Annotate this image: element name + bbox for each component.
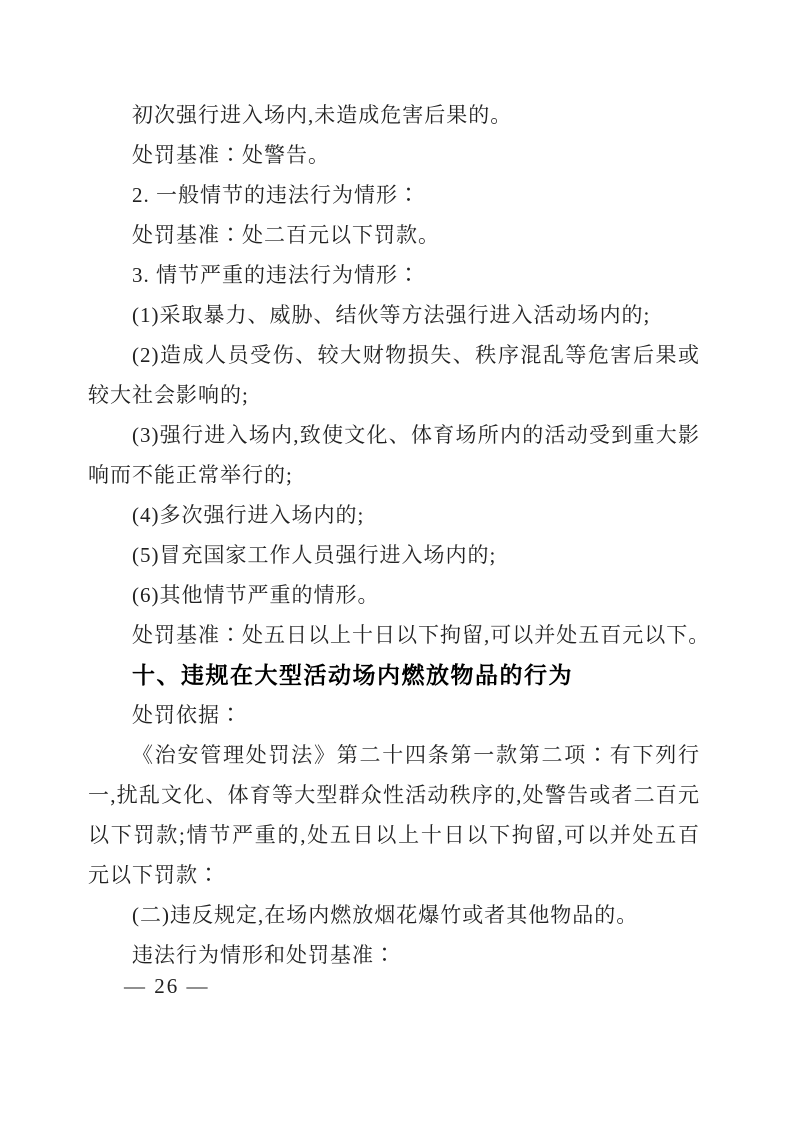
text-line-subitem-6: (6)其他情节严重的情形。 bbox=[88, 575, 700, 615]
text-line-law-citation: 《治安管理处罚法》第二十四条第一款第二项∶有下列行为之 bbox=[88, 735, 700, 775]
text-line: 元以下罚款∶ bbox=[88, 855, 700, 895]
text-line: 处罚基准∶处警告。 bbox=[88, 135, 700, 175]
text-line: 一,扰乱文化、体育等大型群众性活动秩序的,处警告或者二百元 bbox=[88, 775, 700, 815]
text-line-subitem-4: (4)多次强行进入场内的; bbox=[88, 495, 700, 535]
text-line: 处罚依据∶ bbox=[88, 695, 700, 735]
section-heading-10: 十、违规在大型活动场内燃放物品的行为 bbox=[88, 655, 700, 695]
text-line: 处罚基准∶处五日以上十日以下拘留,可以并处五百元以下。 bbox=[88, 615, 700, 655]
page-number: — 26 — bbox=[124, 966, 210, 1006]
text-line-subitem-3: (3)强行进入场内,致使文化、体育场所内的活动受到重大影 bbox=[88, 415, 700, 455]
text-line: 处罚基准∶处二百元以下罚款。 bbox=[88, 215, 700, 255]
document-body: 初次强行进入场内,未造成危害后果的。 处罚基准∶处警告。 2. 一般情节的违法行… bbox=[88, 95, 700, 975]
text-line-subitem-2: (2)造成人员受伤、较大财物损失、秩序混乱等危害后果或者 bbox=[88, 335, 700, 375]
text-line-item-2: (二)违反规定,在场内燃放烟花爆竹或者其他物品的。 bbox=[88, 895, 700, 935]
text-line-numbered-item-2: 2. 一般情节的违法行为情形∶ bbox=[88, 175, 700, 215]
text-line: 较大社会影响的; bbox=[88, 375, 700, 415]
text-line: 初次强行进入场内,未造成危害后果的。 bbox=[88, 95, 700, 135]
document-page: 初次强行进入场内,未造成危害后果的。 处罚基准∶处警告。 2. 一般情节的违法行… bbox=[0, 0, 793, 1122]
text-line-numbered-item-3: 3. 情节严重的违法行为情形∶ bbox=[88, 255, 700, 295]
text-line: 以下罚款;情节严重的,处五日以上十日以下拘留,可以并处五百 bbox=[88, 815, 700, 855]
text-line-subitem-5: (5)冒充国家工作人员强行进入场内的; bbox=[88, 535, 700, 575]
text-line: 响而不能正常举行的; bbox=[88, 455, 700, 495]
text-line-subitem-1: (1)采取暴力、威胁、结伙等方法强行进入活动场内的; bbox=[88, 295, 700, 335]
